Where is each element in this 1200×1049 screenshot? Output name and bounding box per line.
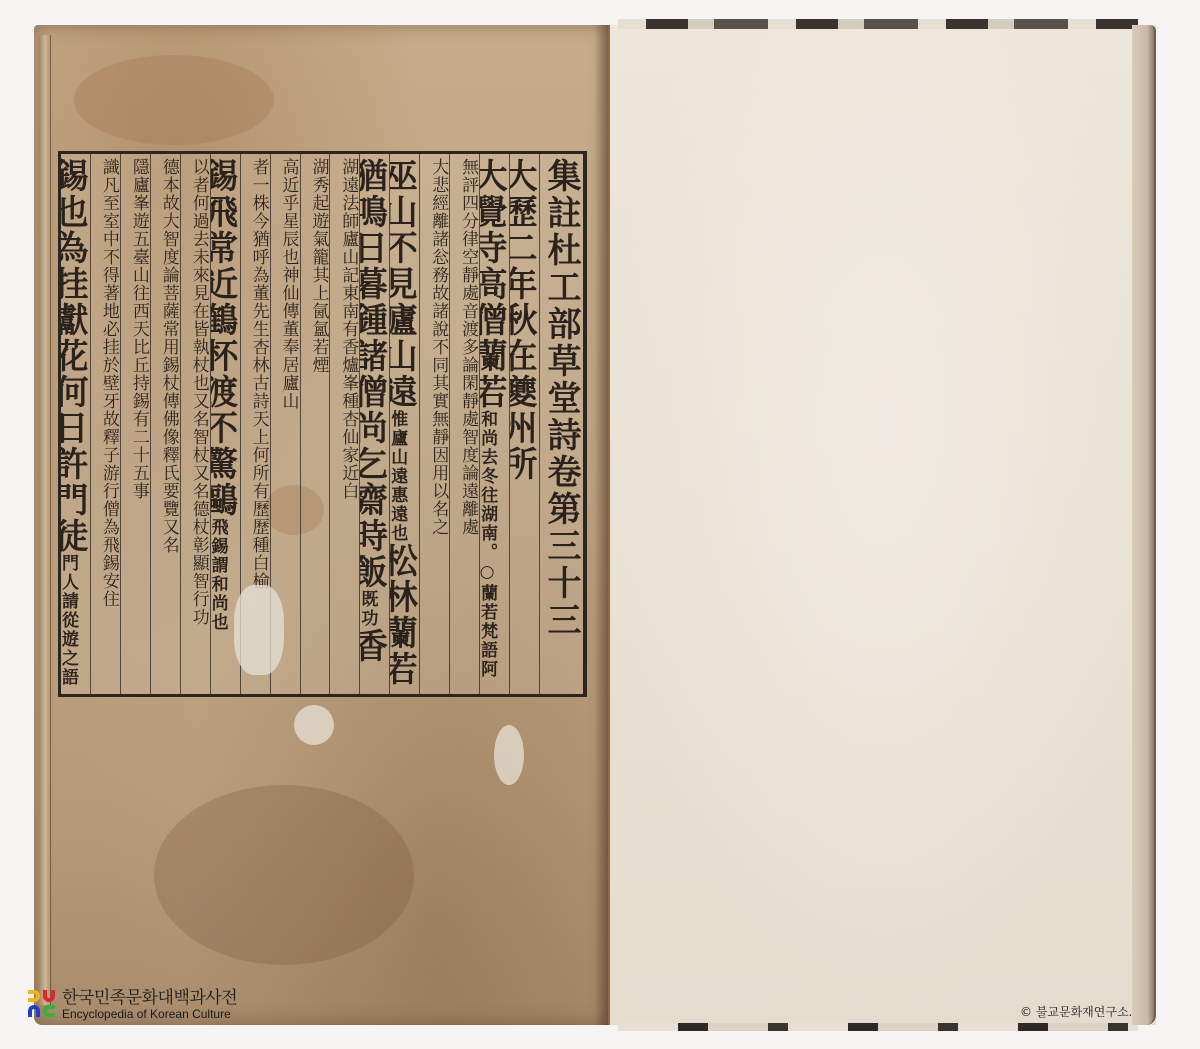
text-column: 錫也為挂獻花何日許門徒門人請從遊之語弟子也未知和尚 (61, 154, 90, 694)
watermark-english: Encyclopedia of Korean Culture (62, 1008, 237, 1020)
commentary-column: 隱廬峯遊五臺山往西天比丘持錫有二十五事 (120, 154, 150, 694)
paper-damage (294, 705, 334, 745)
stain (74, 55, 274, 145)
open-book: 集註杜工部草堂詩卷第三十三 大歷二年秋在夔州所 大覺寺高僧蘭若和尚去冬往湖南。○… (34, 25, 1178, 1025)
printed-text-frame: 集註杜工部草堂詩卷第三十三 大歷二年秋在夔州所 大覺寺高僧蘭若和尚去冬往湖南。○… (58, 151, 587, 697)
stain (154, 785, 414, 965)
right-page-blank (608, 25, 1156, 1025)
poem-line: 錫也為挂獻花何日許門徒 (61, 158, 88, 554)
encyclopedia-watermark: 한국민족문화대백과사전 Encyclopedia of Korean Cultu… (28, 990, 237, 1020)
copyright-credit: © 불교문화재연구소. (1020, 1003, 1132, 1020)
commentary: 既功 (359, 590, 377, 628)
spine-shadow (594, 25, 608, 1025)
left-page: 集註杜工部草堂詩卷第三十三 大歷二年秋在夔州所 大覺寺高僧蘭若和尚去冬往湖南。○… (34, 25, 608, 1025)
page-edge-right (1132, 25, 1156, 1025)
poem-line: 錫飛常近鶴杯渡不驚鷗 (210, 158, 238, 518)
commentary-column: 者一株今猶呼為董先生杏林古詩天上何所有歷歷種白榆 (240, 154, 270, 694)
poem-title: 大覺寺高僧蘭若 (479, 158, 507, 410)
poem-line: 巫山不見廬山遠 (389, 158, 417, 410)
page-edge (38, 35, 51, 1005)
commentary: 飛錫謂和尚也 (210, 518, 228, 632)
commentary-column: 湖遠法師廬山記東南有香爐峯種杏仙家近白 (329, 154, 359, 694)
text-columns: 集註杜工部草堂詩卷第三十三 大歷二年秋在夔州所 大覺寺高僧蘭若和尚去冬往湖南。○… (61, 154, 583, 694)
text-column: 錫飛常近鶴杯渡不驚鷗飛錫謂和尚也 (210, 154, 240, 694)
watermark-korean: 한국민족문화대백과사전 (62, 990, 237, 1007)
text-column: 猶鳴日暮鍾諸僧尚乞齋時飯既功香爐峯色隱晴 (359, 154, 389, 694)
commentary-column: 湖秀起遊氣籠其上氤氳若煙 (300, 154, 330, 694)
commentary-column: 德本故大智度論菩薩常用錫杖傳佛像釋氏要覽又名 (150, 154, 180, 694)
page-edge-bottom (618, 1023, 1138, 1031)
page-edge-top (618, 19, 1138, 29)
paper-damage (494, 725, 524, 785)
commentary-column: 無評四分律空靜處音渡多論閑靜處智度論遠離處 (449, 154, 479, 694)
text-column: 大覺寺高僧蘭若和尚去冬往湖南。○蘭若梵語阿蘭若 (479, 154, 509, 694)
commentary-column: 識凡至室中不得著地必挂於壁牙故釋子游行僧為飛錫安住 (90, 154, 120, 694)
commentary: 惟廬山遠惠遠也 (389, 410, 407, 543)
commentary-column: 高近乎星辰也神仙傳董奉居廬山 (270, 154, 300, 694)
commentary-column: 大悲經離諸忩務故諸說不同其實無靜因用以名之 (419, 154, 449, 694)
poem-line: 猶鳴日暮鍾諸僧尚乞齋時飯 (359, 158, 387, 590)
text-column: 巫山不見廬山遠惟廬山遠惠遠也松林蘭若秋風晚林間一丈室 (389, 154, 419, 694)
commentary-column: 以者何過去未來見在皆執杖也又名智杖又名德杖彰顯智行功 (180, 154, 210, 694)
encyclopedia-logo-icon (28, 990, 58, 1020)
fishtail-title: 集註杜工部草堂詩卷第三十三 (539, 154, 583, 694)
text-column: 大歷二年秋在夔州所 (509, 154, 539, 694)
